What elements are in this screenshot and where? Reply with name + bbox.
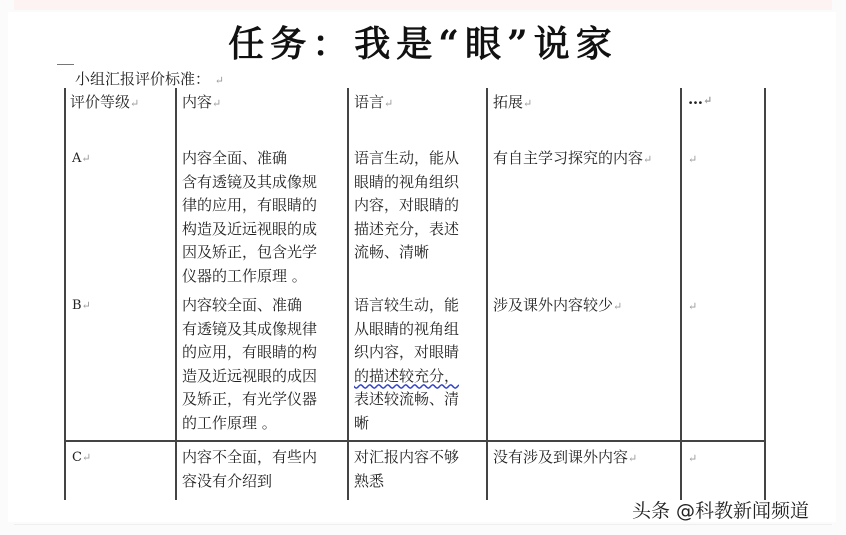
text-line: 仪器的工作原理 。 [182, 265, 347, 289]
text-line: 眼睛的视角组织 [354, 171, 484, 195]
row-b-other: ↵ [688, 294, 697, 319]
text-line: 对汇报内容不够 [354, 446, 484, 470]
text-line: 的工作原理 。 [182, 412, 347, 436]
text-line: 语言生动，能从 [354, 147, 484, 171]
margin-corner-mark [57, 64, 74, 65]
paragraph-mark-icon: ↵ [81, 152, 90, 165]
table-border-left [64, 88, 66, 500]
text-line: 内容，对眼睛的 [354, 194, 484, 218]
header-other: …↵ [688, 88, 712, 113]
paragraph-mark-icon: ↵ [82, 299, 91, 312]
row-c-extension: 没有涉及到课外内容↵ [493, 446, 637, 471]
page-title: 任务：我是“眼”说家 [0, 16, 846, 67]
text-line: 描述充分，表述 [354, 218, 484, 242]
text-line: 从眼睛的视角组 [354, 318, 484, 342]
row-b-content: 内容较全面、准确 有透镜及其成像规律 的应用，有眼睛的构 造及近远视眼的成因 及… [182, 294, 347, 435]
paragraph-mark-icon: ↵ [613, 300, 622, 313]
text-line: 织内容，对眼睛 [354, 341, 484, 365]
table-border-right [764, 88, 766, 500]
subtitle-text: 小组汇报评价标准： [75, 70, 210, 88]
row-b-language: 语言较生动，能 从眼睛的视角组 织内容，对眼睛 的描述较充分， 表述较流畅、清 … [354, 294, 484, 435]
row-a-language: 语言生动，能从 眼睛的视角组织 内容，对眼睛的 描述充分，表述 流畅、清晰 [354, 147, 484, 265]
text-line: 有透镜及其成像规律 [182, 318, 347, 342]
header-extension: 拓展↵ [493, 91, 532, 116]
paragraph-mark-icon: ↵ [688, 452, 697, 465]
row-c-language: 对汇报内容不够 熟悉 [354, 446, 484, 493]
text-line: 内容全面、准确 [182, 147, 347, 171]
text-line: 内容较全面、准确 [182, 294, 347, 318]
table-column-divider [347, 88, 349, 500]
text-line: 造及近远视眼的成因 [182, 365, 347, 389]
header-grade: 评价等级↵ [70, 91, 139, 116]
table-column-divider [486, 88, 488, 500]
bottom-divider [14, 524, 832, 525]
top-band [14, 0, 832, 10]
text-line: 语言较生动，能 [354, 294, 484, 318]
row-a-grade: A↵ [72, 147, 91, 171]
text-line: 律的应用，有眼睛的 [182, 194, 347, 218]
source-watermark: 头条 @科教新闻频道 [632, 496, 809, 523]
header-content: 内容↵ [182, 91, 221, 116]
paragraph-mark-icon: ↵ [703, 94, 712, 107]
text-line: 含有透镜及其成像规 [182, 171, 347, 195]
text-line-spellcheck: 的描述较充分， [354, 365, 484, 389]
row-b-grade: B↵ [72, 294, 91, 318]
paragraph-mark-icon: ↵ [688, 300, 697, 313]
row-a-other: ↵ [688, 147, 697, 172]
text-line: 流畅、清晰 [354, 241, 484, 265]
text-line: 晰 [354, 412, 484, 436]
text-line: 熟悉 [354, 470, 484, 494]
paragraph-mark-icon: ↵ [643, 153, 652, 166]
text-line: 构造及近远视眼的成 [182, 218, 347, 242]
header-language: 语言↵ [354, 91, 393, 116]
text-line: 及矫正，有光学仪器 [182, 388, 347, 412]
row-c-grade: C↵ [72, 446, 91, 470]
paragraph-mark-icon: ↵ [628, 452, 637, 465]
paragraph-mark-icon: ↵ [384, 97, 393, 110]
text-line: 容没有介绍到 [182, 470, 347, 494]
paragraph-mark-icon: ↵ [212, 97, 221, 110]
text-line: 表述较流畅、清 [354, 388, 484, 412]
paragraph-mark-icon: ↵ [130, 97, 139, 110]
paragraph-mark-icon: ↵ [523, 97, 532, 110]
row-a-extension: 有自主学习探究的内容↵ [493, 147, 652, 172]
table-column-divider [680, 88, 682, 500]
row-b-extension: 涉及课外内容较少↵ [493, 294, 622, 319]
row-c-other: ↵ [688, 446, 697, 471]
table-column-divider [175, 88, 177, 500]
text-line: 的应用，有眼睛的构 [182, 341, 347, 365]
section-subtitle: 小组汇报评价标准： ↵ [75, 68, 224, 89]
text-line: 因及矫正，包含光学 [182, 241, 347, 265]
paragraph-mark-icon: ↵ [688, 153, 697, 166]
row-c-content: 内容不全面，有些内 容没有介绍到 [182, 446, 347, 493]
paragraph-mark-icon: ↵ [82, 451, 91, 464]
table-row-divider [64, 440, 766, 442]
paragraph-mark-icon: ↵ [215, 74, 224, 87]
row-a-content: 内容全面、准确 含有透镜及其成像规 律的应用，有眼睛的 构造及近远视眼的成 因及… [182, 147, 347, 288]
text-line: 内容不全面，有些内 [182, 446, 347, 470]
